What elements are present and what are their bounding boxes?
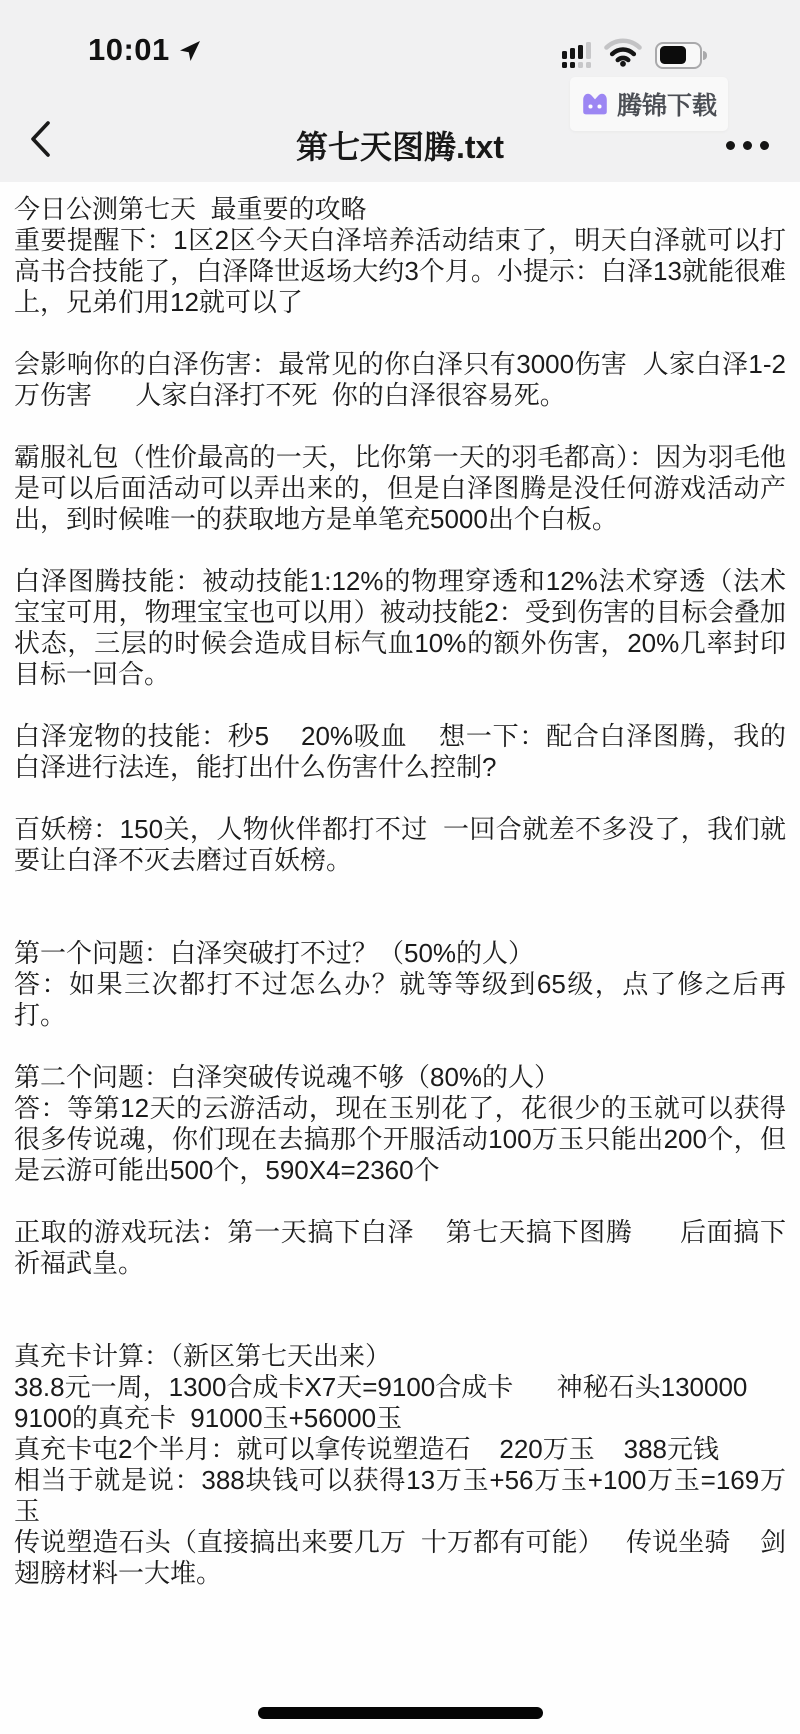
text-line: 9100的真充卡 91000玉+56000玉 (14, 1403, 786, 1434)
text-line: 会影响你的白泽伤害：最常见的你白泽只有3000伤害 人家白泽1-2万伤害 人家白… (14, 349, 786, 411)
status-bar-icons (562, 38, 707, 72)
battery-icon (655, 42, 707, 69)
blank-line (14, 876, 786, 907)
text-line: 答：等第12天的云游活动，现在玉别花了，花很少的玉就可以获得很多传说魂，你们现在… (14, 1093, 786, 1186)
clock-text: 10:01 (88, 32, 170, 68)
header: 10:01 (0, 0, 800, 182)
text-line: 答：如果三次都打不过怎么办？就等等级到65级，点了修之后再打。 (14, 969, 786, 1031)
cellular-dual-sim-signal-icon (562, 42, 591, 68)
text-line: 霸服礼包（性价最高的一天，比你第一天的羽毛都高）：因为羽毛他是可以后面活动可以弄… (14, 442, 786, 535)
page-title: 第七天图腾.txt (0, 122, 800, 168)
text-line: 真充卡屯2个半月：就可以拿传说塑造石 220万玉 388元钱 (14, 1434, 786, 1465)
blank-line (14, 1186, 786, 1217)
location-arrow-icon (178, 39, 202, 63)
blank-line (14, 318, 786, 349)
document-body[interactable]: 今日公测第七天 最重要的攻略重要提醒下：1区2区今天白泽培养活动结束了，明天白泽… (0, 182, 800, 1589)
text-line: 今日公测第七天 最重要的攻略 (14, 194, 786, 225)
text-line: 第一个问题：白泽突破打不过？（50%的人） (14, 938, 786, 969)
more-button[interactable] (726, 135, 769, 155)
blank-line (14, 1279, 786, 1310)
blank-line (14, 690, 786, 721)
ellipsis-icon (726, 141, 735, 150)
text-line: 真充卡计算：（新区第七天出来） (14, 1341, 786, 1372)
text-line: 相当于就是说：388块钱可以获得13万玉+56万玉+100万玉=169万玉 (14, 1465, 786, 1527)
text-line: 传说塑造石头（直接搞出来要几万 十万都有可能） 传说坐骑 剑翅膀材料一大堆。 (14, 1527, 786, 1589)
download-badge-label: 腾锦下载 (617, 86, 717, 122)
blank-line (14, 535, 786, 566)
blank-line (14, 1310, 786, 1341)
mascot-m-icon (580, 87, 610, 122)
text-line: 白泽宠物的技能：秒5 20%吸血 想一下：配合白泽图腾，我的白泽进行法连，能打出… (14, 721, 786, 783)
text-line: 百妖榜：150关，人物伙伴都打不过 一回合就差不多没了，我们就要让白泽不灭去磨过… (14, 814, 786, 876)
text-line: 正取的游戏玩法：第一天搞下白泽 第七天搞下图腾 后面搞下祈福武皇。 (14, 1217, 786, 1279)
blank-line (14, 783, 786, 814)
status-bar-time: 10:01 (88, 32, 202, 68)
blank-line (14, 907, 786, 938)
home-indicator[interactable] (258, 1707, 543, 1719)
blank-line (14, 1031, 786, 1062)
text-line: 第二个问题：白泽突破传说魂不够（80%的人） (14, 1062, 786, 1093)
wifi-icon (604, 38, 642, 72)
blank-line (14, 411, 786, 442)
text-line: 38.8元一周，1300合成卡X7天=9100合成卡 神秘石头130000 (14, 1372, 786, 1403)
phone-screen: 10:01 (0, 0, 800, 1734)
text-line: 白泽图腾技能：被动技能1:12%的物理穿透和12%法术穿透（法术宝宝可用，物理宝… (14, 566, 786, 690)
text-line: 重要提醒下：1区2区今天白泽培养活动结束了，明天白泽就可以打高书合技能了，白泽降… (14, 225, 786, 318)
battery-fill-level (660, 46, 687, 64)
